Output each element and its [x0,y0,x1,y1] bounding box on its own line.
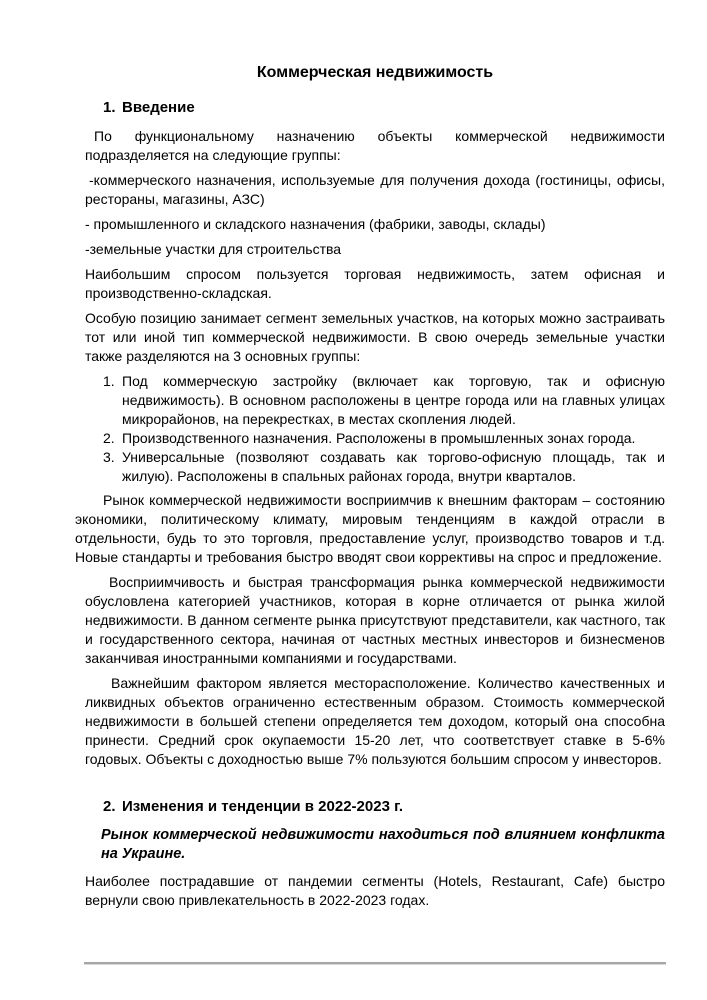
document-content: Коммерческая недвижимость 1. Введение По… [85,62,665,916]
paragraph-dash-land: -земельные участки для строительства [85,240,665,259]
page-title: Коммерческая недвижимость [85,62,665,84]
paragraph-pandemic: Наиболее пострадавшие от пандемии сегмен… [85,872,665,910]
list-item-text: Производственного назначения. Расположен… [122,430,635,446]
land-groups-list: 1. Под коммерческую застройку (включает … [85,372,665,486]
heading-label: Введение [122,99,195,116]
list-item-number: 3. [103,448,115,467]
list-item-number: 2. [103,429,115,448]
list-item-text: Универсальные (позволяют создавать как т… [122,449,665,484]
paragraph-location: Важнейшим фактором является месторасполо… [85,674,665,769]
paragraph-land-segment: Особую позицию занимает сегмент земельны… [85,309,665,366]
paragraph-market-factors: Рынок коммерческой недвижимости восприим… [75,491,665,567]
paragraph-transformation: Восприимчивость и быстрая трансформация … [85,573,665,668]
heading-number: 2. [103,797,116,817]
document-page: Коммерческая недвижимость 1. Введение По… [0,0,707,1000]
list-item: 2. Производственного назначения. Располо… [85,429,665,448]
paragraph-dash-commercial: -коммерческого назначения, используемые … [85,171,665,209]
heading-introduction: 1. Введение [85,98,665,118]
list-item-number: 1. [103,372,115,391]
list-item-text: Под коммерческую застройку (включает как… [122,373,665,427]
footer-divider [84,962,666,965]
heading-label: Изменения и тенденции в 2022-2023 г. [122,798,403,815]
heading-trends: 2. Изменения и тенденции в 2022-2023 г. [85,797,665,817]
paragraph-intro: По функциональному назначению объекты ко… [85,127,665,165]
paragraph-demand: Наибольшим спросом пользуется торговая н… [85,265,665,303]
heading-number: 1. [103,98,116,118]
list-item: 1. Под коммерческую застройку (включает … [85,372,665,429]
paragraph-dash-industrial: - промышленного и складского назначения … [85,215,665,234]
list-item: 3. Универсальные (позволяют создавать ка… [85,448,665,486]
paragraph-conflict-emphasis: Рынок коммерческой недвижимости находить… [85,826,665,864]
